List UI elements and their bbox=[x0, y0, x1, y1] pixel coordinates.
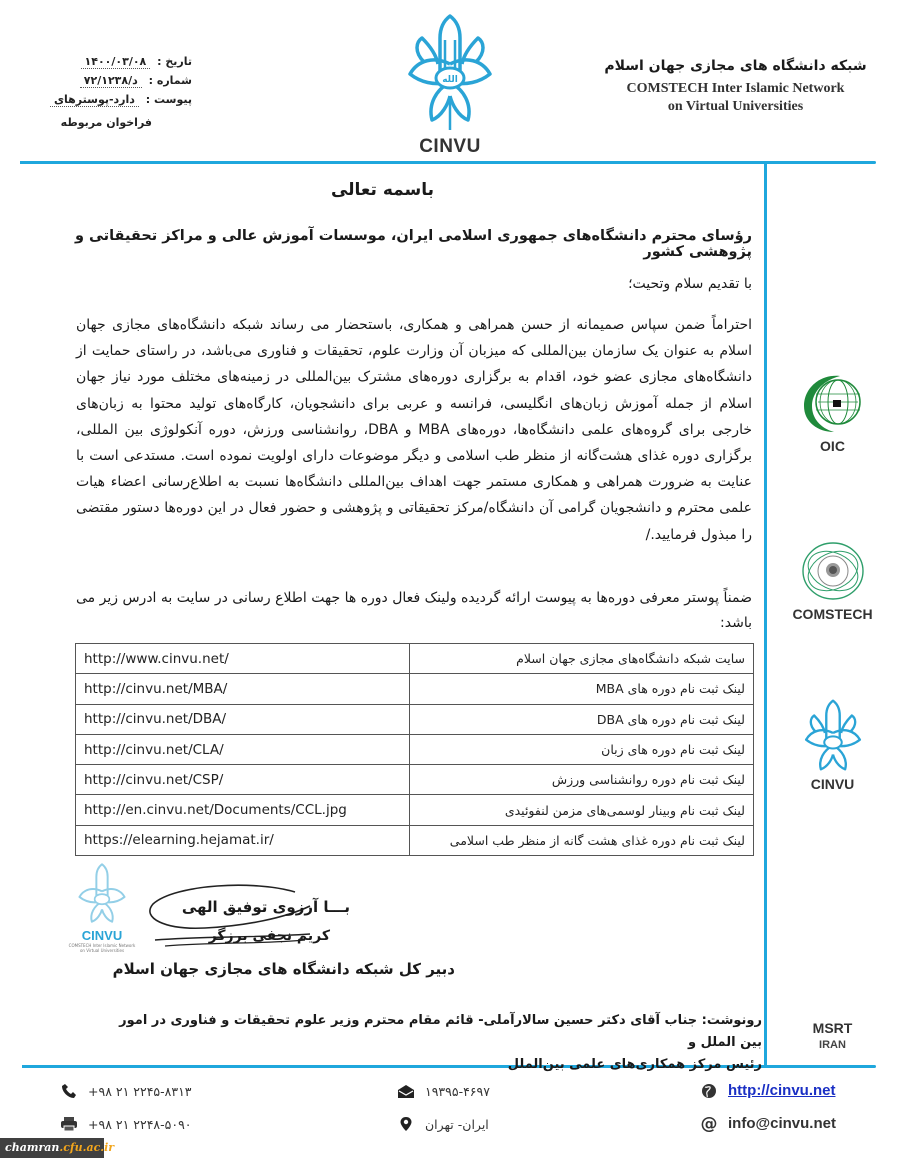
sidebar-logo-comstech: COMSTECH bbox=[775, 540, 890, 622]
date-row: تاریخ : ۱۴۰۰/۰۳/۰۸ bbox=[22, 52, 192, 71]
comstech-caption: COMSTECH bbox=[775, 606, 890, 622]
msrt-caption: MSRT bbox=[775, 1020, 890, 1036]
watermark-part-2: .cfu.ac.ir bbox=[59, 1141, 114, 1154]
stamp-caption: CINVU bbox=[66, 928, 138, 943]
sidebar-logo-oic: OIC bbox=[775, 372, 890, 454]
link-label: لینک ثبت نام دوره های زبان bbox=[410, 734, 754, 764]
number-value: د/۷۲/۱۲۳۸ bbox=[80, 74, 142, 88]
po-box-number: ۱۹۳۹۵-۴۶۹۷ bbox=[425, 1084, 490, 1099]
cinvu-emblem-icon bbox=[73, 862, 131, 924]
table-row: http://cinvu.net/MBA/ لینک ثبت نام دوره … bbox=[76, 674, 754, 704]
printer-icon bbox=[60, 1116, 78, 1132]
fax-number: +۹۸ ۲۱ ۲۲۴۸-۵۰۹۰ bbox=[88, 1117, 192, 1132]
svg-text:الله: الله bbox=[442, 75, 458, 85]
signatory-role: دبیر کل شبکه دانشگاه های مجازی جهان اسلا… bbox=[100, 960, 455, 978]
link-label: لینک ثبت نام دوره های DBA bbox=[410, 704, 754, 734]
cc-line-1: رونوشت: جناب آقای دکتر حسین سالارآملی- ق… bbox=[100, 1010, 762, 1054]
email-link[interactable]: info@cinvu.net bbox=[728, 1115, 836, 1132]
attachment-row: پیوست : دارد-پوسترهای bbox=[22, 90, 192, 109]
letter-paragraph-2: ضمناً پوستر معرفی دوره‌ها به پیوست ارائه… bbox=[76, 586, 752, 636]
org-name-block: شبکه دانشگاه های مجازی جهان اسلام COMSTE… bbox=[598, 58, 873, 116]
letter-addressee: رؤسای محترم دانشگاه‌های جمهوری اسلامی ای… bbox=[30, 228, 752, 260]
address-text: ایران- تهران bbox=[425, 1117, 489, 1132]
table-row: https://elearning.hejamat.ir/ لینک ثبت ن… bbox=[76, 825, 754, 855]
table-row: http://en.cinvu.net/Documents/CCL.jpg لی… bbox=[76, 795, 754, 825]
link-url[interactable]: http://cinvu.net/CSP/ bbox=[76, 765, 410, 795]
oic-logo-icon bbox=[800, 372, 866, 434]
org-name-en-line1: COMSTECH Inter Islamic Network bbox=[598, 80, 873, 98]
number-label: شماره : bbox=[149, 74, 192, 87]
website-link[interactable]: http://cinvu.net bbox=[728, 1082, 836, 1099]
envelope-icon bbox=[397, 1083, 415, 1099]
msrt-subcaption: IRAN bbox=[775, 1039, 890, 1051]
cinvu-logo-caption: CINVU bbox=[395, 136, 505, 158]
signatory-name: کریم نجفی برزگر bbox=[170, 928, 330, 944]
link-url[interactable]: http://cinvu.net/CLA/ bbox=[76, 734, 410, 764]
phone-icon bbox=[60, 1083, 78, 1099]
stamp-subcaption: COMSTECH Inter Islamic Network on Virtua… bbox=[66, 943, 138, 953]
attachment-note: فراخوان مربوطه bbox=[22, 113, 192, 132]
sidebar-divider bbox=[764, 162, 767, 1067]
footer-email: @ info@cinvu.net bbox=[700, 1115, 836, 1132]
links-table: http://www.cinvu.net/ سایت شبکه دانشگاه‌… bbox=[75, 643, 754, 856]
watermark-part-1: chamran bbox=[5, 1141, 59, 1154]
header-divider bbox=[20, 161, 876, 164]
globe-icon bbox=[700, 1083, 718, 1099]
letter-meta: تاریخ : ۱۴۰۰/۰۳/۰۸ شماره : د/۷۲/۱۲۳۸ پیو… bbox=[22, 52, 192, 132]
attachment-value: دارد-پوسترهای bbox=[50, 93, 139, 107]
table-row: http://cinvu.net/DBA/ لینک ثبت نام دوره … bbox=[76, 704, 754, 734]
org-name-en-line2: on Virtual Universities bbox=[598, 98, 873, 116]
cinvu-emblem-icon: الله bbox=[404, 12, 496, 134]
letter-greeting: با تقدیم سلام وتحیت؛ bbox=[30, 276, 752, 292]
cc-line-2: رئیس مرکز همکاری‌های علمی بین‌الملل bbox=[100, 1054, 762, 1076]
sidebar-msrt: MSRT IRAN bbox=[775, 1020, 890, 1051]
attachment-label: پیوست : bbox=[146, 93, 192, 106]
map-pin-icon bbox=[397, 1116, 415, 1132]
footer-po-box: ۱۹۳۹۵-۴۶۹۷ bbox=[397, 1083, 490, 1099]
table-row: http://www.cinvu.net/ سایت شبکه دانشگاه‌… bbox=[76, 644, 754, 674]
cinvu-logo-header: الله CINVU bbox=[395, 12, 505, 158]
letter-title: باسمه تعالی bbox=[0, 180, 765, 200]
sidebar-logo-cinvu: CINVU bbox=[775, 698, 890, 792]
footer-fax: +۹۸ ۲۱ ۲۲۴۸-۵۰۹۰ bbox=[60, 1116, 192, 1132]
letter-paragraph-1: احتراماً ضمن سپاس صمیمانه از حسن همراهی … bbox=[76, 312, 752, 548]
footer-address: ایران- تهران bbox=[397, 1116, 489, 1132]
link-label: لینک ثبت نام دوره روانشناسی ورزش bbox=[410, 765, 754, 795]
oic-caption: OIC bbox=[775, 438, 890, 454]
link-url[interactable]: http://cinvu.net/MBA/ bbox=[76, 674, 410, 704]
link-label: سایت شبکه دانشگاه‌های مجازی جهان اسلام bbox=[410, 644, 754, 674]
date-value: ۱۴۰۰/۰۳/۰۸ bbox=[81, 55, 151, 69]
org-name-fa: شبکه دانشگاه های مجازی جهان اسلام bbox=[598, 58, 873, 74]
link-label: لینک ثبت نام دوره غذای هشت گانه از منظر … bbox=[410, 825, 754, 855]
number-row: شماره : د/۷۲/۱۲۳۸ bbox=[22, 71, 192, 90]
comstech-logo-icon bbox=[800, 540, 866, 602]
at-sign-icon: @ bbox=[700, 1116, 718, 1132]
link-label: لینک ثبت نام وبینار لوسمی‌های مزمن لنفوئ… bbox=[410, 795, 754, 825]
table-row: http://cinvu.net/CSP/ لینک ثبت نام دوره … bbox=[76, 765, 754, 795]
link-url[interactable]: https://elearning.hejamat.ir/ bbox=[76, 825, 410, 855]
signature-stamp: CINVU COMSTECH Inter Islamic Network on … bbox=[66, 862, 138, 953]
link-url[interactable]: http://cinvu.net/DBA/ bbox=[76, 704, 410, 734]
date-label: تاریخ : bbox=[157, 55, 192, 68]
signature-wish: بـــا آرزوی توفیق الهی bbox=[170, 898, 350, 916]
link-label: لینک ثبت نام دوره های MBA bbox=[410, 674, 754, 704]
link-url[interactable]: http://www.cinvu.net/ bbox=[76, 644, 410, 674]
footer-website: http://cinvu.net bbox=[700, 1082, 836, 1099]
cinvu-caption: CINVU bbox=[775, 776, 890, 792]
watermark-badge: chamran.cfu.ac.ir bbox=[0, 1138, 104, 1158]
carbon-copy: رونوشت: جناب آقای دکتر حسین سالارآملی- ق… bbox=[100, 1010, 762, 1076]
table-row: http://cinvu.net/CLA/ لینک ثبت نام دوره … bbox=[76, 734, 754, 764]
link-url[interactable]: http://en.cinvu.net/Documents/CCL.jpg bbox=[76, 795, 410, 825]
phone-number: +۹۸ ۲۱ ۲۲۴۵-۸۳۱۳ bbox=[88, 1084, 192, 1099]
footer-phone: +۹۸ ۲۱ ۲۲۴۵-۸۳۱۳ bbox=[60, 1083, 192, 1099]
cinvu-emblem-icon bbox=[801, 698, 865, 772]
